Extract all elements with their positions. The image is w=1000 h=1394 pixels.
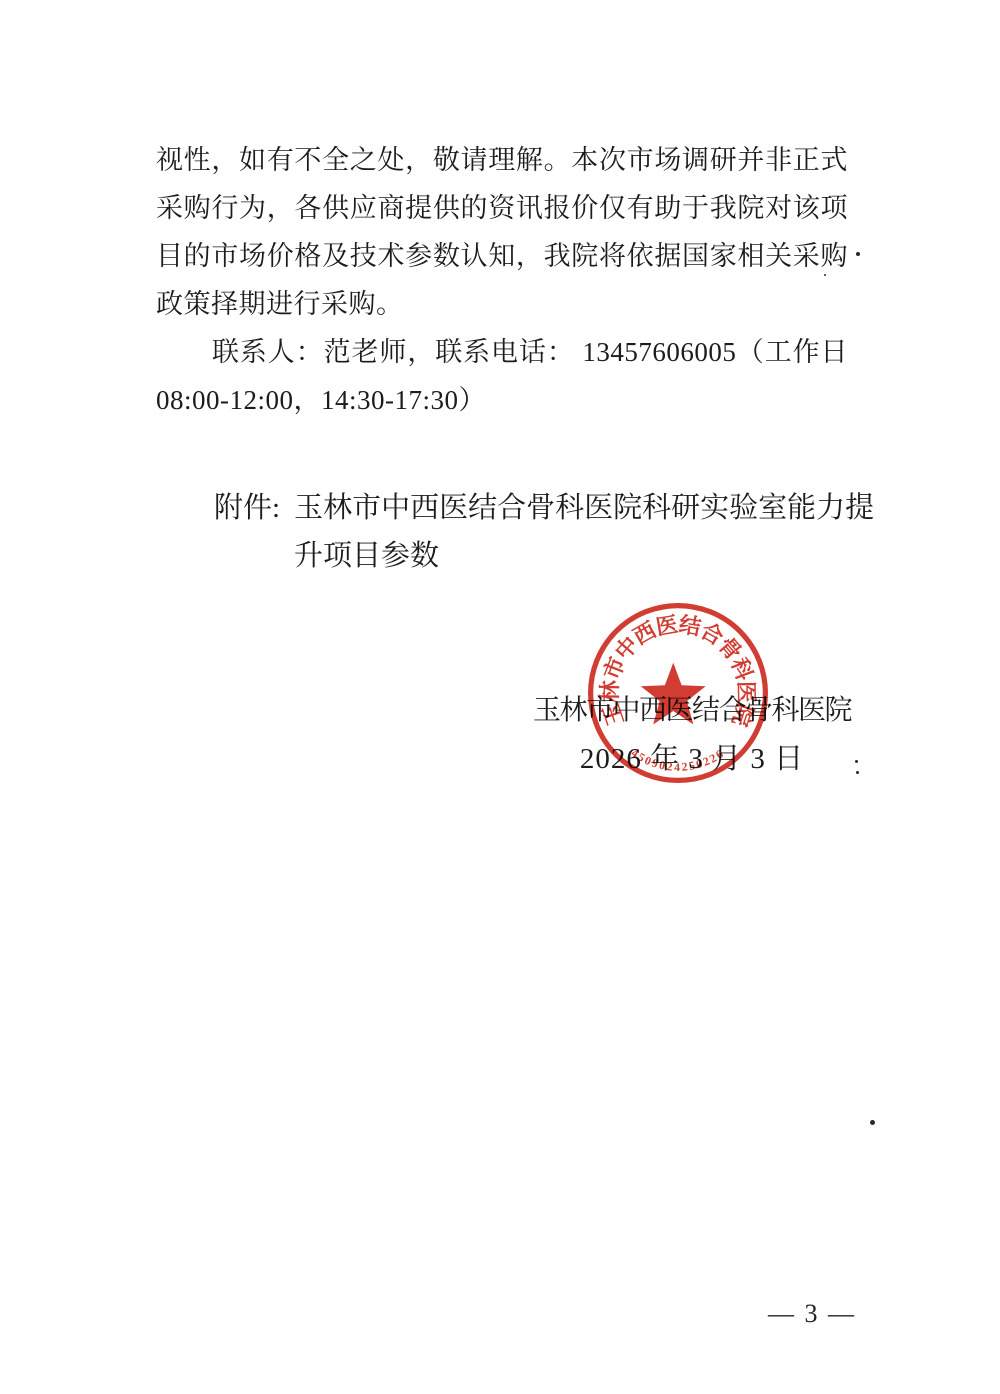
document-page: 视性，如有不全之处，敬请理解。本次市场调研并非正式 采购行为，各供应商提供的资讯… bbox=[0, 0, 1000, 1394]
attachment-note: 附件:玉林市中西医结合骨科医院科研实验室能力提 升项目参数 bbox=[214, 484, 894, 580]
paragraph-line: 视性，如有不全之处，敬请理解。本次市场调研并非正式 bbox=[156, 136, 848, 184]
paragraph-line: 采购行为，各供应商提供的资讯报价仅有助于我院对该项 bbox=[156, 184, 848, 232]
scan-speck bbox=[850, 500, 853, 503]
scan-speck bbox=[870, 1120, 875, 1125]
page-number: — 3 — bbox=[752, 1294, 872, 1334]
scan-speck bbox=[856, 252, 860, 256]
paragraph-line: 政策择期进行采购。 bbox=[156, 280, 848, 328]
body-paragraph: 视性，如有不全之处，敬请理解。本次市场调研并非正式 采购行为，各供应商提供的资讯… bbox=[156, 136, 848, 424]
attachment-title-continued: 升项目参数 bbox=[214, 532, 894, 580]
signing-organization: 玉林市中西医结合骨科医院 bbox=[518, 690, 866, 732]
signature-date: 2026 年 3 月 3 日 bbox=[518, 736, 866, 782]
scan-speck bbox=[856, 771, 859, 774]
scan-speck bbox=[858, 492, 860, 494]
paragraph-line: 目的市场价格及技术参数认知，我院将依据国家相关采购 bbox=[156, 232, 848, 280]
attachment-label: 附件: bbox=[214, 492, 280, 524]
attachment-title: 玉林市中西医结合骨科医院科研实验室能力提 bbox=[294, 492, 874, 524]
attachment-line: 附件:玉林市中西医结合骨科医院科研实验室能力提 bbox=[214, 484, 894, 532]
signature-block: 玉林市中西医结合骨科医院 2026 年 3 月 3 日 bbox=[518, 690, 866, 782]
scan-speck bbox=[824, 274, 826, 276]
contact-line: 08:00-12:00，14:30-17:30） bbox=[156, 376, 848, 424]
scan-speck bbox=[855, 760, 858, 763]
contact-line: 联系人：范老师，联系电话： 13457606005（工作日 bbox=[156, 328, 848, 376]
